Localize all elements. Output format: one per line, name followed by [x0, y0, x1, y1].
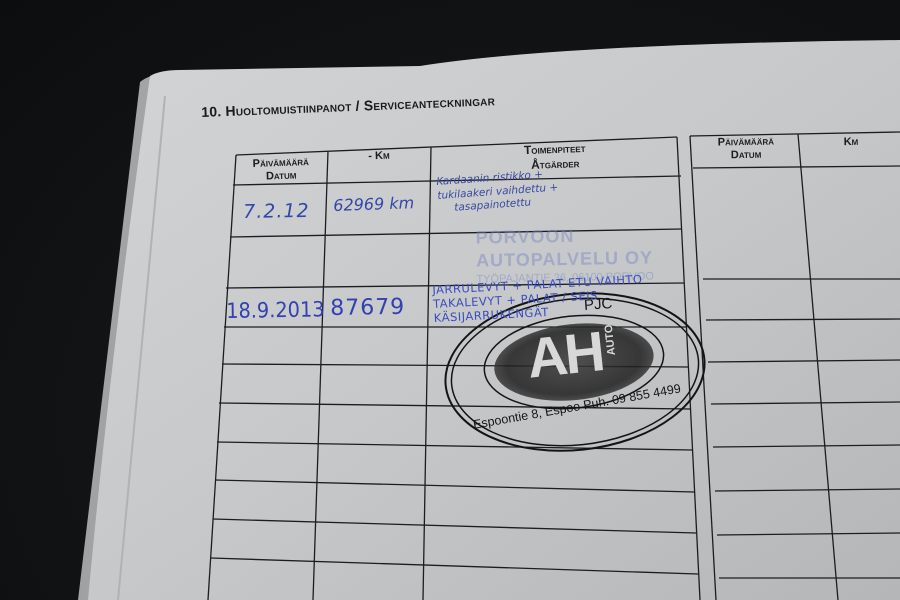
right-header-date-sv: Datum: [696, 148, 796, 163]
right-header-date: Päivämäärä Datum: [696, 135, 796, 163]
row1-km: 62969 km: [333, 193, 414, 215]
stamp-logo: AH: [524, 318, 605, 390]
faint-stamp-line2: AUTOPALVELU OY: [476, 247, 654, 271]
row3-date: 18.9.2013: [226, 297, 325, 323]
right-header-km: Km: [806, 135, 896, 150]
row1-date: 7.2.12: [243, 200, 310, 223]
header-date: Päivämäärä Datum: [238, 156, 325, 185]
row1-actions: Kardaanin ristikko + tukilaakeri vaihdet…: [436, 168, 560, 217]
service-book-page: 10. Huoltomuistiinpanot / Serviceanteckn…: [0, 0, 900, 600]
right-header-km-label: Km: [806, 135, 896, 150]
faint-stamp-line1: PORVOON: [476, 224, 654, 248]
row3-km: 87679: [330, 295, 405, 321]
stamp-signature: PJC: [583, 295, 612, 314]
